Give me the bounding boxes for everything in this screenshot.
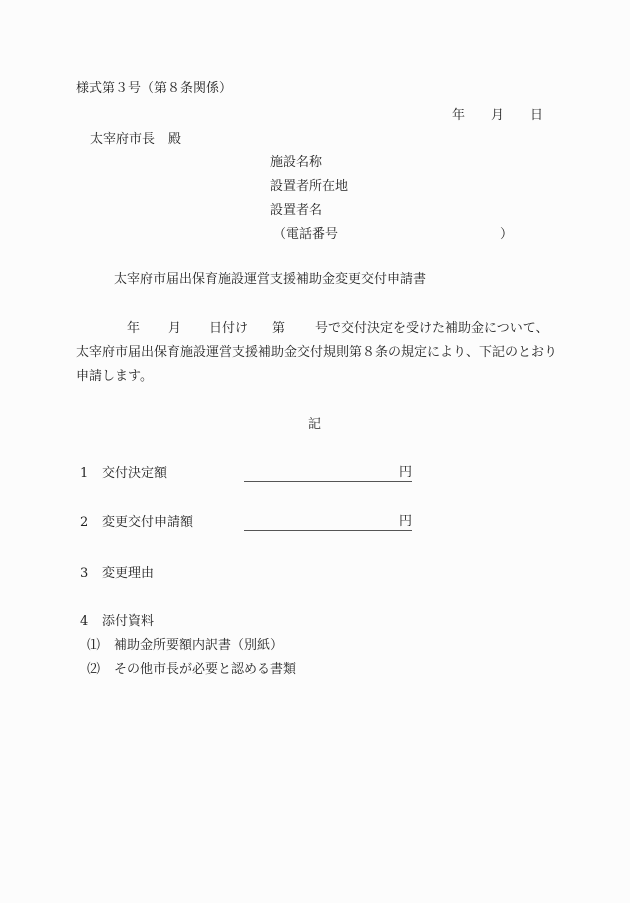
body-line1-rest: 号で交付決定を受けた補助金について、 [315,322,548,335]
body-number-prefix: 第 [272,322,285,335]
facility-name-label: 施設名称 [270,156,322,169]
phone-label: （電話番号 [273,228,338,241]
amount-blank-line [244,530,412,531]
attachment-label: 補助金所要額内訳書（別紙） [114,639,283,652]
date-day-label: 日 [530,109,543,122]
document-title: 太宰府市届出保育施設運営支援補助金変更交付申請書 [114,273,426,286]
attachment-label: その他市長が必要と認める書類 [114,663,296,676]
item-label: 添付資料 [102,615,154,628]
date-year-label: 年 [452,109,465,122]
form-number: 様式第３号（第８条関係） [76,82,232,95]
body-dated: 日付け [209,322,248,335]
item-number: 3 [80,567,88,580]
item-number: 4 [80,615,88,628]
applicant-address-label: 設置者所在地 [270,180,348,193]
attachment-number: ⑴ [87,639,100,652]
addressee: 太宰府市長 殿 [90,133,181,146]
yen-unit: 円 [399,466,412,479]
item-label: 変更理由 [102,567,154,580]
item-label: 交付決定額 [102,467,167,480]
body-year: 年 [127,322,140,335]
item-number: 2 [80,516,88,529]
phone-close-paren: ） [500,228,513,241]
date-month-label: 月 [491,109,504,122]
body-line3: 申請します。 [76,370,153,383]
body-month: 月 [168,322,181,335]
item-number: 1 [80,467,88,480]
body-line2: 太宰府市届出保育施設運営支援補助金交付規則第８条の規定により、下記のとおり [76,346,557,359]
item-label: 変更交付申請額 [102,516,193,529]
ki-heading: 記 [308,418,321,431]
attachment-number: ⑵ [87,663,100,676]
yen-unit: 円 [399,515,412,528]
applicant-name-label: 設置者名 [270,204,322,217]
amount-blank-line [244,481,412,482]
